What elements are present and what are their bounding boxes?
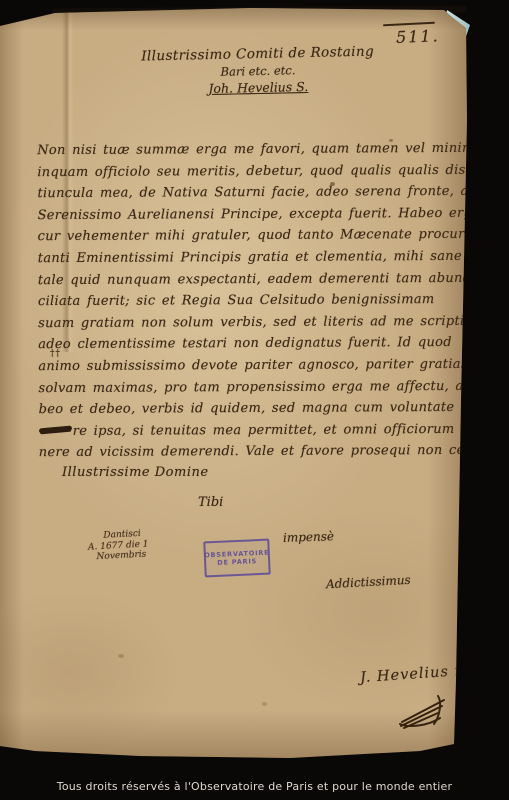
paper-stain	[118, 654, 124, 658]
body-line: re ipsa, si tenuitas mea permittet, et o…	[39, 419, 465, 443]
body-line: nere ad vicissim demerendi. Vale et favo…	[39, 440, 465, 464]
body-line: suam gratiam non solum verbis, sed et li…	[38, 311, 464, 335]
address-line-sender: Joh. Hevelius S.	[118, 77, 398, 98]
insertion-caret-mark: ††	[50, 349, 61, 359]
stamp-line-2: DE PARIS	[217, 557, 257, 567]
body-line: tale quid nunquam exspectanti, eadem dem…	[38, 267, 464, 291]
body-line: adeo clementissime testari non dedignatu…	[38, 332, 464, 356]
body-line: Non nisi tuæ summæ erga me favori, quam …	[37, 138, 463, 162]
dateline-month: Novembris	[88, 549, 149, 563]
body-line: tanti Eminentissimi Principis gratia et …	[38, 246, 464, 270]
closing-salutation: Illustrissime Domine	[62, 465, 209, 480]
manuscript-paper: 511. Illustrissimo Comiti de Rostaing Ba…	[0, 0, 470, 764]
body-line: solvam maximas, pro tam propensissimo er…	[38, 375, 464, 399]
dateline-block: Dantisci A. 1677 die 1 Novembris	[87, 528, 149, 563]
body-line: cur vehementer mihi gratuler, quod tanto…	[38, 224, 464, 248]
body-line: tiuncula mea, de Nativa Saturni facie, a…	[37, 181, 463, 205]
body-line: inquam officiolo seu meritis, debetur, q…	[37, 159, 463, 183]
address-block: Illustrissimo Comiti de Rostaing Bari et…	[118, 43, 399, 98]
signature-flourish	[398, 688, 456, 734]
folio-number: 511.	[396, 26, 440, 47]
body-line: animo submississimo devote pariter agnos…	[38, 354, 464, 378]
body-line: ciliata fuerit; sic et Regia Sua Celsitu…	[38, 289, 464, 313]
body-line: Serenissimo Aurelianensi Principe, excep…	[37, 203, 463, 227]
closing-pronoun: Tibi	[198, 495, 223, 510]
closing-impense: impensè	[283, 529, 334, 545]
signature: J. Hevelius mp	[360, 662, 480, 686]
letter-body: Non nisi tuæ summæ erga me favori, quam …	[37, 138, 465, 464]
body-line: beo et debeo, verbis id quidem, sed magn…	[39, 397, 465, 421]
copyright-caption: Tous droits réservés à l'Observatoire de…	[0, 780, 509, 793]
paper-stain	[262, 702, 267, 706]
observatoire-de-paris-stamp: OBSERVATOIRE DE PARIS	[203, 539, 271, 578]
closing-valediction: Addictissimus	[326, 573, 411, 591]
scanned-page: 511. Illustrissimo Comiti de Rostaing Ba…	[0, 0, 509, 800]
